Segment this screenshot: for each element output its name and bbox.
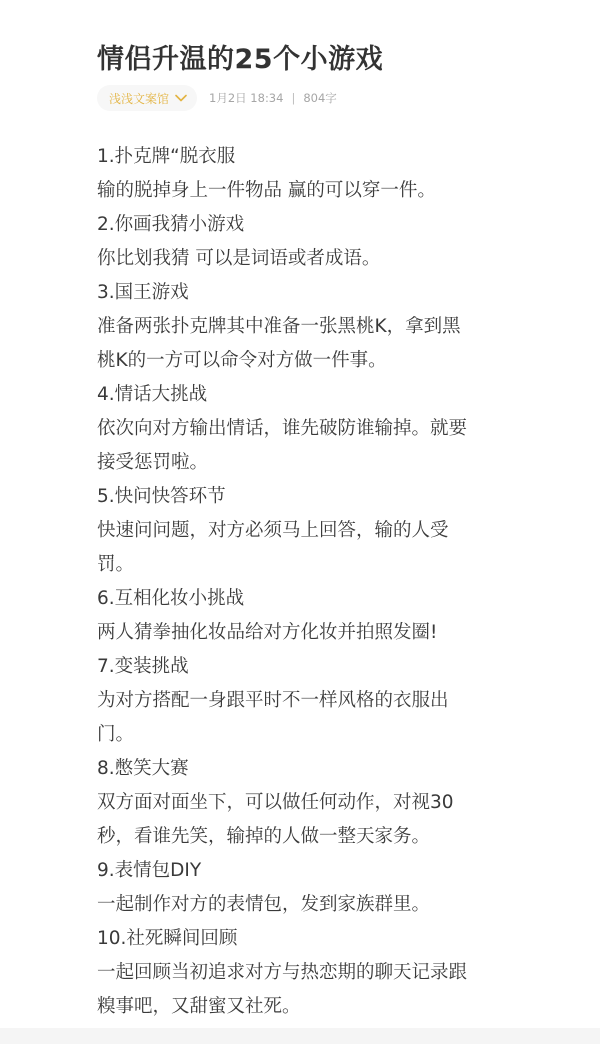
game-description: 输的脱掉身上一件物品 赢的可以穿一件。 (97, 174, 517, 208)
game-heading: 6.互相化妆小挑战 (97, 582, 517, 616)
game-heading: 9.表情包DIY (97, 854, 517, 888)
game-description: 你比划我猜 可以是词语或者成语。 (97, 242, 517, 276)
game-description: 罚。 (97, 548, 517, 582)
game-description: 双方面对面坐下，可以做任何动作，对视30 (97, 786, 517, 820)
game-heading: 1.扑克牌“脱衣服 (97, 140, 517, 174)
game-description: 准备两张扑克牌其中准备一张黑桃K，拿到黑 (97, 310, 517, 344)
meta-separator: | (291, 91, 295, 105)
game-heading: 5.快问快答环节 (97, 480, 517, 514)
article-body: 1.扑克牌“脱衣服 输的脱掉身上一件物品 赢的可以穿一件。 2.你画我猜小游戏 … (97, 140, 517, 1024)
game-heading: 2.你画我猜小游戏 (97, 208, 517, 242)
game-description: 门。 (97, 718, 517, 752)
author-button[interactable]: 浅浅文案馆 (97, 85, 197, 111)
game-description: 依次向对方输出情话，谁先破防谁输掉。就要 (97, 412, 517, 446)
game-description: 桃K的一方可以命令对方做一件事。 (97, 344, 517, 378)
game-description: 糗事吧，又甜蜜又社死。 (97, 990, 517, 1024)
game-heading: 7.变装挑战 (97, 650, 517, 684)
article-title: 情侣升温的25个小游戏 (97, 37, 383, 76)
author-name: 浅浅文案馆 (109, 90, 169, 107)
game-heading: 3.国王游戏 (97, 276, 517, 310)
game-heading: 8.憋笑大赛 (97, 752, 517, 786)
game-description: 快速问问题，对方必须马上回答，输的人受 (97, 514, 517, 548)
word-count: 804字 (303, 90, 336, 106)
game-description: 一起制作对方的表情包，发到家族群里。 (97, 888, 517, 922)
game-description: 为对方搭配一身跟平时不一样风格的衣服出 (97, 684, 517, 718)
chevron-down-icon (175, 94, 187, 102)
game-description: 接受惩罚啦。 (97, 446, 517, 480)
footer-divider (0, 1028, 600, 1044)
game-heading: 4.情话大挑战 (97, 378, 517, 412)
article-meta: 浅浅文案馆 1月2日 18:34 | 804字 (97, 85, 337, 111)
publish-date: 1月2日 18:34 (209, 90, 283, 106)
game-description: 一起回顾当初追求对方与热恋期的聊天记录跟 (97, 956, 517, 990)
game-heading: 10.社死瞬间回顾 (97, 922, 517, 956)
game-description: 两人猜拳抽化妆品给对方化妆并拍照发圈! (97, 616, 517, 650)
game-description: 秒，看谁先笑，输掉的人做一整天家务。 (97, 820, 517, 854)
